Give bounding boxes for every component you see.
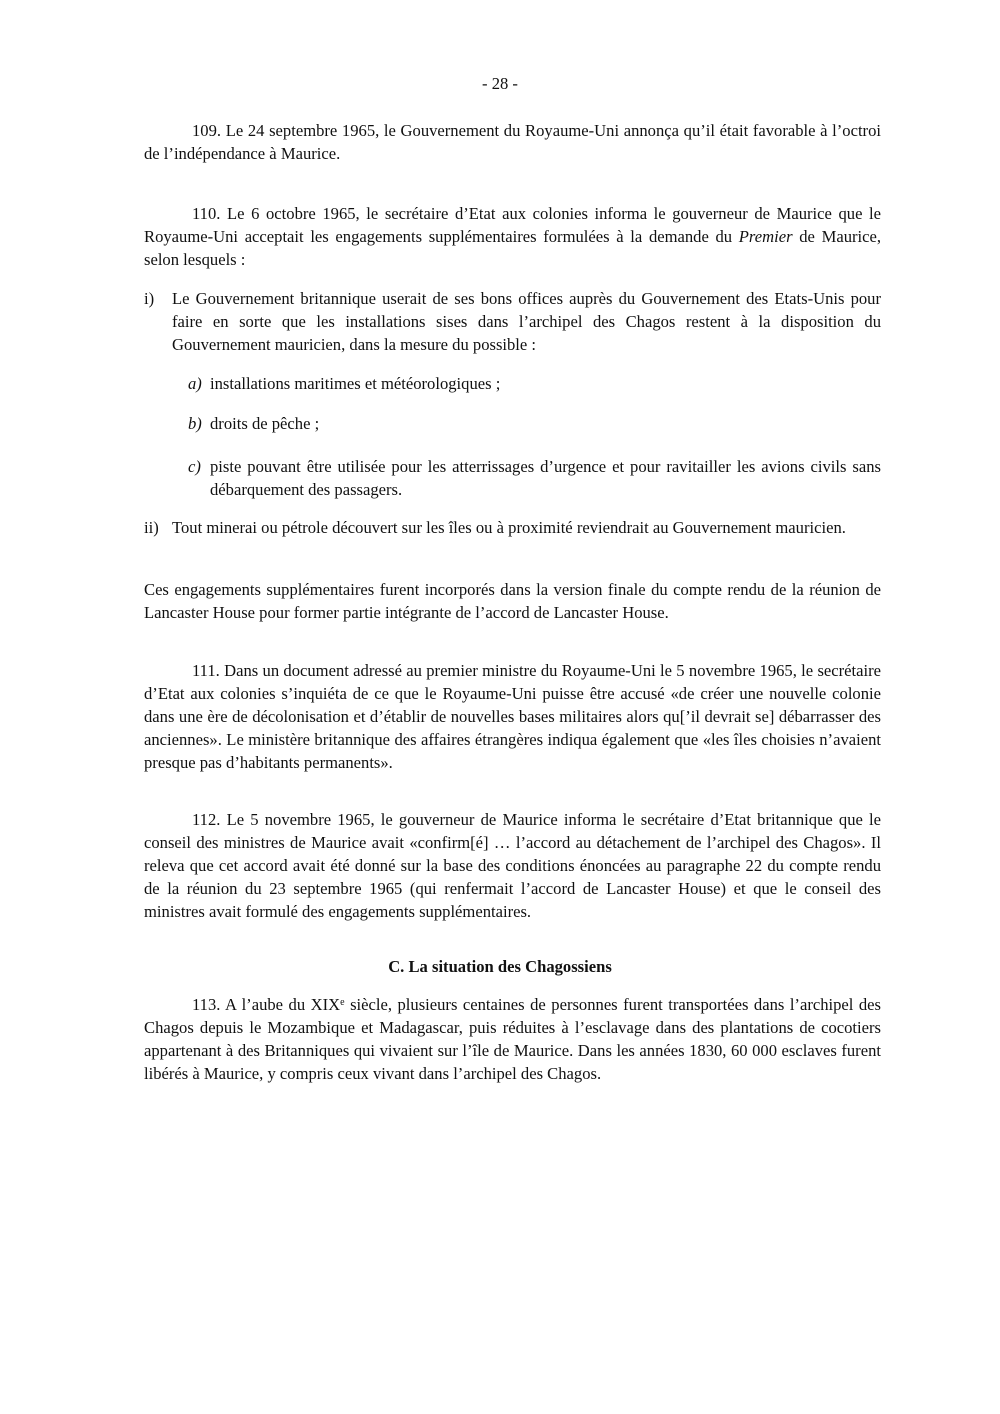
list-subitem-text: piste pouvant être utilisée pour les att… bbox=[210, 455, 881, 501]
paragraph-text: Dans un document adressé au premier mini… bbox=[144, 661, 881, 772]
section-heading: C. La situation des Chagossiens bbox=[0, 955, 1000, 978]
list-marker: i) bbox=[144, 287, 154, 310]
paragraph-text: Ces engagements supplémentaires furent i… bbox=[144, 578, 881, 624]
paragraph-text: Le 24 septembre 1965, le Gouvernement du… bbox=[144, 121, 881, 163]
italic-term: Premier bbox=[739, 227, 793, 246]
list-marker: a) bbox=[188, 372, 202, 395]
document-page: - 28 - 109. Le 24 septembre 1965, le Gou… bbox=[0, 0, 1000, 1414]
paragraph-number: 110. bbox=[192, 204, 220, 223]
paragraph-number: 113. bbox=[192, 995, 220, 1014]
paragraph-text: Le 5 novembre 1965, le gouverneur de Mau… bbox=[144, 810, 881, 921]
paragraph-number: 111. bbox=[192, 661, 220, 680]
list-item-text: Tout minerai ou pétrole découvert sur le… bbox=[172, 516, 881, 539]
list-marker: ii) bbox=[144, 516, 159, 539]
paragraph-112: 112. Le 5 novembre 1965, le gouverneur d… bbox=[144, 808, 881, 923]
list-item-text: Le Gouvernement britannique userait de s… bbox=[172, 287, 881, 356]
list-subitem-text: droits de pêche ; bbox=[210, 412, 881, 435]
paragraph-111: 111. Dans un document adressé au premier… bbox=[144, 659, 881, 774]
list-item-i: i) Le Gouvernement britannique userait d… bbox=[144, 287, 881, 357]
list-marker: c) bbox=[188, 455, 201, 478]
superscript: e bbox=[340, 997, 344, 1008]
paragraph-text: A l’aube du XIX bbox=[225, 995, 340, 1014]
paragraph-number: 109. bbox=[192, 121, 221, 140]
paragraph-number: 112. bbox=[192, 810, 220, 829]
list-subitem-text: installations maritimes et météorologiqu… bbox=[210, 372, 881, 395]
paragraph-113: 113. A l’aube du XIXe siècle, plusieurs … bbox=[144, 993, 881, 1085]
list-marker: b) bbox=[188, 412, 202, 435]
paragraph-109: 109. Le 24 septembre 1965, le Gouverneme… bbox=[144, 119, 881, 165]
paragraph-110: 110. Le 6 octobre 1965, le secrétaire d’… bbox=[144, 202, 881, 271]
page-number: - 28 - bbox=[0, 72, 1000, 95]
paragraph-110-closing: Ces engagements supplémentaires furent i… bbox=[144, 578, 881, 624]
